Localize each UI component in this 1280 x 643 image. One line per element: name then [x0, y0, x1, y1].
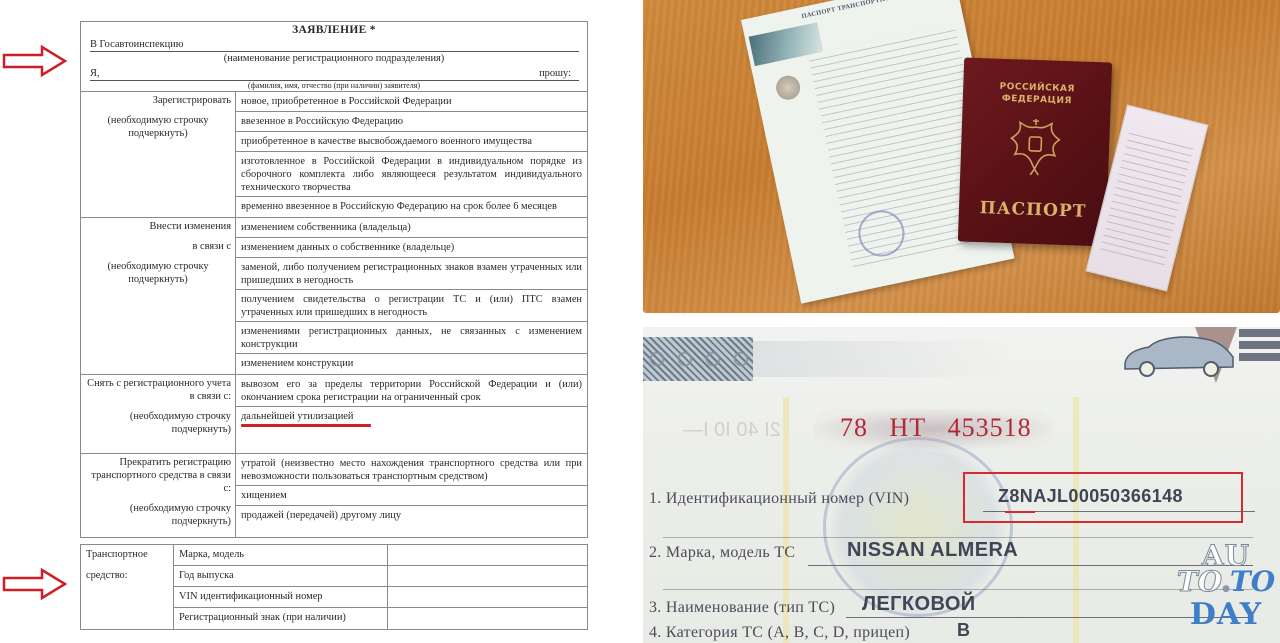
- section-label: Внести изменения: [85, 220, 231, 233]
- passport-word: ПАСПОРТ: [959, 197, 1108, 222]
- section-hint: (необходимую строчку подчеркнуть): [85, 114, 231, 140]
- vehicle-field-values: [388, 545, 587, 629]
- vehicle-label-cell: Транспортное средство:: [81, 545, 174, 629]
- application-form: ЗАЯВЛЕНИЕ * В Госавтоинспекцию (наименов…: [80, 21, 588, 538]
- watermark-line3: DAY: [1176, 602, 1276, 628]
- section-terminate: Прекратить регистрацию транспортного сре…: [81, 454, 587, 537]
- type-value: ЛЕГКОВОЙ: [862, 593, 976, 616]
- option-row-underlined[interactable]: дальнейшей утилизацией: [236, 407, 587, 453]
- option-row[interactable]: хищением: [236, 486, 587, 506]
- vin-input[interactable]: [388, 587, 587, 608]
- option-row[interactable]: изготовленное в Российской Федерации в и…: [236, 152, 587, 197]
- autotoday-watermark: AU TO●TO DAY: [1176, 543, 1276, 628]
- documents-photo: ПАСПОРТ ТРАНСПОРТНОГО СРЕДСТВА РОССИЙСКА…: [643, 0, 1280, 313]
- vehicle-label-1: Транспортное: [86, 548, 168, 561]
- section-hint: (необходимую строчку подчеркнуть): [85, 410, 231, 436]
- vehicle-block: Транспортное средство: Марка, модель Год…: [81, 545, 587, 629]
- category-value: B: [957, 620, 970, 641]
- addressee-label: В Госавтоинспекцию: [90, 39, 184, 50]
- vin-row: 1. Идентификационный номер (VIN) Z8NAJL0…: [649, 490, 909, 508]
- section-label-cell: Прекратить регистрацию транспортного сре…: [81, 454, 236, 537]
- option-row[interactable]: заменой, либо получением регистрационных…: [236, 258, 587, 290]
- field-label: VIN идентификационный номер: [174, 587, 387, 608]
- year-input[interactable]: [388, 566, 587, 587]
- field-label: Год выпуска: [174, 566, 387, 587]
- make-model-value: NISSAN ALMERA: [847, 539, 1018, 562]
- pts-title: ПАСПОРТ ТРАНСПОРТНОГО СРЕДСТВА: [801, 0, 939, 20]
- arrow-right-icon: [2, 567, 68, 601]
- addressee-hint: (наименование регистрационного подраздел…: [81, 52, 587, 65]
- double-headed-eagle-icon: [1004, 114, 1066, 178]
- make-model-label: 2. Марка, модель ТС: [649, 544, 795, 561]
- type-label: 3. Наименование (тип ТС): [649, 599, 835, 616]
- field-label: Регистрационный знак (при наличии): [174, 608, 387, 629]
- option-row[interactable]: временно ввезенное в Российскую Федераци…: [236, 197, 587, 217]
- application-form-panel: ЗАЯВЛЕНИЕ * В Госавтоинспекцию (наименов…: [0, 0, 640, 643]
- section-deregister: Снять с регистрационного учета в связи с…: [81, 375, 587, 454]
- addressee-field[interactable]: В Госавтоинспекцию: [90, 38, 579, 52]
- vin-label: 1. Идентификационный номер (VIN): [649, 490, 909, 507]
- ghost-print: 2I 40 I0 I—: [683, 419, 781, 442]
- section-label-cell: Зарегистрировать (необходимую строчку по…: [81, 92, 236, 217]
- section-options: вывозом его за пределы территории Россий…: [236, 375, 587, 453]
- watermark-line2a: TO: [1177, 565, 1222, 598]
- applicant-prefix: Я,: [90, 68, 100, 79]
- option-row[interactable]: утратой (неизвестно место нахождения тра…: [236, 454, 587, 486]
- vehicle-field-labels: Марка, модель Год выпуска VIN идентифика…: [174, 545, 388, 629]
- hologram-icon: [774, 73, 802, 101]
- banner-pattern: [753, 341, 1013, 377]
- section-changes: Внести изменения в связи с (необходимую …: [81, 218, 587, 375]
- section-options: утратой (неизвестно место нахождения тра…: [236, 454, 587, 537]
- section-options: изменением собственника (владельца) изме…: [236, 218, 587, 374]
- vehicle-table: Транспортное средство: Марка, модель Год…: [80, 544, 588, 630]
- vehicle-passport-closeup: 2I 40 I0 I— 78 НТ 453518 1. Идентификаци…: [643, 327, 1280, 643]
- arrow-right-icon: [2, 44, 68, 78]
- section-label-2: в связи с: [85, 240, 231, 253]
- watermark-line2b: TO: [1230, 565, 1275, 598]
- applicant-field[interactable]: Я, прошу:: [90, 67, 579, 81]
- divider-line: [663, 589, 1253, 590]
- option-row[interactable]: изменениями регистрационных данных, не с…: [236, 322, 587, 354]
- form-title: ЗАЯВЛЕНИЕ *: [81, 24, 587, 37]
- form-header: ЗАЯВЛЕНИЕ * В Госавтоинспекцию (наименов…: [81, 22, 587, 92]
- option-row[interactable]: изменением конструкции: [236, 354, 587, 374]
- section-label: Прекратить регистрацию транспортного сре…: [85, 456, 231, 495]
- section-hint: (необходимую строчку подчеркнуть): [85, 260, 231, 286]
- section-register: Зарегистрировать (необходимую строчку по…: [81, 92, 587, 218]
- section-options: новое, приобретенное в Российской Федера…: [236, 92, 587, 217]
- section-label-cell: Внести изменения в связи с (необходимую …: [81, 218, 236, 374]
- field-label: Марка, модель: [174, 545, 387, 566]
- section-label-cell: Снять с регистрационного учета в связи с…: [81, 375, 236, 453]
- option-row[interactable]: приобретенное в качестве высвобождаемого…: [236, 132, 587, 152]
- category-label: 4. Категория ТС (A, B, C, D, прицеп): [649, 624, 910, 641]
- passport-country: РОССИЙСКАЯ ФЕДЕРАЦИЯ: [963, 79, 1112, 108]
- category-row: 4. Категория ТС (A, B, C, D, прицеп) B: [649, 624, 910, 642]
- stamp-watermark: [823, 437, 1013, 617]
- vehicle-label-2: средство:: [86, 569, 168, 582]
- vin-highlight-box: [963, 472, 1243, 523]
- make-model-row: 2. Марка, модель ТС NISSAN ALMERA: [649, 544, 795, 562]
- plate-input[interactable]: [388, 608, 587, 629]
- make-model-input[interactable]: [388, 545, 587, 566]
- option-row[interactable]: получением свидетельства о регистрации Т…: [236, 290, 587, 322]
- option-row[interactable]: новое, приобретенное в Российской Федера…: [236, 92, 587, 112]
- car-emblem-icon: [1119, 327, 1280, 389]
- option-row[interactable]: вывозом его за пределы территории Россий…: [236, 375, 587, 407]
- type-row: 3. Наименование (тип ТС) ЛЕГКОВОЙ: [649, 599, 835, 617]
- section-hint: (необходимую строчку подчеркнуть): [85, 502, 231, 528]
- option-row[interactable]: изменением данных о собственнике (владел…: [236, 238, 587, 258]
- option-row[interactable]: продажей (передачей) другому лицу: [236, 506, 587, 530]
- document-series-number: 78 НТ 453518: [840, 413, 1032, 443]
- russian-passport: РОССИЙСКАЯ ФЕДЕРАЦИЯ ПАСПОРТ: [958, 57, 1112, 246]
- divider-line: [663, 537, 1253, 538]
- applicant-hint: (фамилия, имя, отчество (при наличии) за…: [81, 81, 587, 91]
- option-row[interactable]: ввезенное в Российскую Федерацию: [236, 112, 587, 132]
- option-row[interactable]: изменением собственника (владельца): [236, 218, 587, 238]
- guilloche-pattern: [643, 337, 753, 381]
- section-label: Снять с регистрационного учета в связи с…: [85, 377, 231, 403]
- applicant-suffix: прошу:: [539, 67, 571, 80]
- section-label: Зарегистрировать: [85, 94, 231, 107]
